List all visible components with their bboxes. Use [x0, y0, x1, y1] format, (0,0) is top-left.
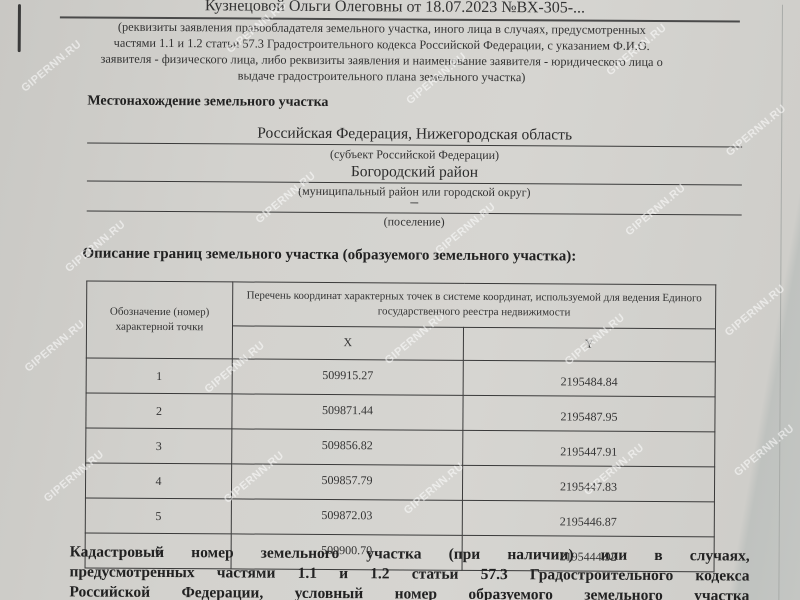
point-cell: 1: [86, 358, 232, 394]
table-row: 5509872.032195446.87: [85, 498, 714, 537]
table-row: 4509857.792195447.83: [85, 463, 714, 502]
y-coordinate-cell: 2195446.87: [462, 500, 714, 537]
page-edge: [778, 5, 783, 600]
binder-mark: [18, 4, 21, 52]
watermark-text: GIPERNN.RU: [23, 318, 88, 374]
coordinates-table: Обозначение (номер) характерной точки Пе…: [85, 281, 717, 573]
cadastre-line: Российской Федерации, условный номер обр…: [69, 582, 749, 600]
x-coordinate-cell: 509915.27: [232, 359, 463, 395]
x-coordinate-cell: 509857.79: [231, 464, 462, 500]
applicant-caption: (реквизиты заявления правообладателя зем…: [61, 18, 701, 86]
district-field: Богородский район: [87, 161, 742, 186]
y-coordinate-cell: 2195484.84: [463, 360, 715, 397]
subject-field: Российская Федерация, Нижегородская обла…: [87, 123, 742, 148]
point-column-header: Обозначение (номер) характерной точки: [86, 281, 232, 359]
y-column-header: Y: [463, 327, 715, 362]
settlement-field: –: [87, 191, 742, 216]
watermark-text: GIPERNN.RU: [732, 422, 797, 478]
point-cell: 2: [86, 393, 232, 429]
table-row: 1509915.272195484.84: [86, 358, 715, 397]
table-row: 2509871.442195487.95: [86, 393, 715, 432]
cadastre-section-text: Кадастровый номер земельного участка (пр…: [69, 542, 749, 600]
point-cell: 3: [86, 428, 232, 464]
settlement-caption: (поселение): [87, 213, 742, 232]
x-column-header: X: [232, 325, 463, 360]
x-coordinate-cell: 509871.44: [232, 394, 463, 430]
table-row: 3509856.822195447.91: [86, 428, 715, 467]
boundaries-section-title: Описание границ земельного участка (обра…: [82, 246, 576, 266]
y-coordinate-cell: 2195447.83: [462, 465, 714, 502]
applicant-fill-value: Кузнецовой Ольги Олеговны от 18.07.2023 …: [185, 0, 605, 18]
coordinates-list-header: Перечень координат характерных точек в с…: [233, 282, 716, 329]
location-section-title: Местонахождение земельного участка: [87, 94, 328, 111]
document-page: Кузнецовой Ольги Олеговны от 18.07.2023 …: [0, 0, 800, 600]
point-cell: 4: [85, 463, 231, 499]
y-coordinate-cell: 2195447.91: [463, 430, 715, 467]
x-coordinate-cell: 509872.03: [231, 499, 462, 535]
x-coordinate-cell: 509856.82: [232, 429, 463, 465]
point-cell: 5: [85, 498, 231, 534]
y-coordinate-cell: 2195487.95: [463, 395, 715, 432]
watermark-text: GIPERNN.RU: [723, 282, 788, 338]
